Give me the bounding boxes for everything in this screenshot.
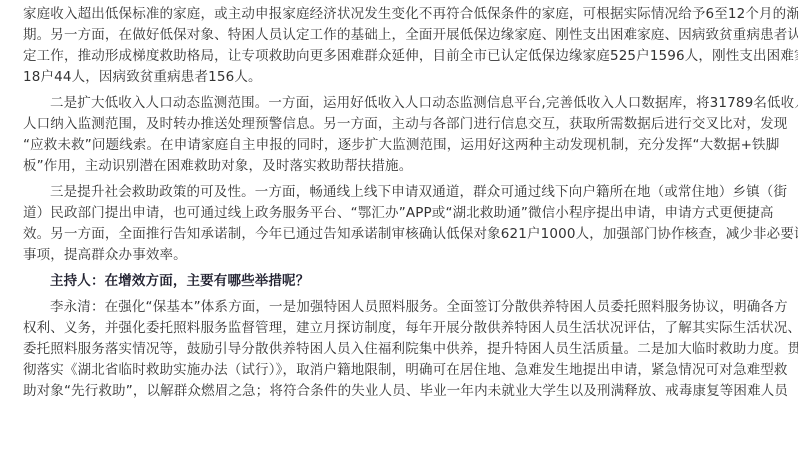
text-line: “应救未救”问题线索。在申请家庭自主申报的同时，逐步扩大监测范围，运用好这两种主…	[23, 135, 783, 156]
text-line: 李永清：在强化“保基本”体系方面，一是加强特困人员照料服务。全面签订分散供养特困…	[23, 297, 783, 318]
text-line: 助对象“先行救助”，以解群众燃眉之急；将符合条件的失业人员、毕业一年内未就业大学…	[23, 381, 783, 402]
host-question: 主持人：在增效方面，主要有哪些举措呢？	[23, 271, 783, 292]
paragraph-answer: 李永清：在强化“保基本”体系方面，一是加强特困人员照料服务。全面签订分散供养特困…	[23, 297, 783, 402]
paragraph-dynamic-monitoring: 二是扩大低收入人口动态监测范围。一方面，运用好低收入人口动态监测信息平台,完善低…	[23, 93, 783, 177]
text-line: 效。另一方面，全面推行告知承诺制，今年已通过告知承诺制审核确认低保对象621户1…	[23, 224, 783, 245]
text-line: 期。另一方面，在做好低保对象、特困人员认定工作的基础上，全面开展低保边缘家庭、刚…	[23, 25, 783, 46]
text-line: 家庭收入超出低保标准的家庭，或主动申报家庭经济状况发生变化不再符合低保条件的家庭…	[23, 4, 783, 25]
text-line: 道）民政部门提出申请，也可通过线上政务服务平台、“鄂汇办”APP或“湖北救助通”…	[23, 203, 783, 224]
text-line: 板”作用，主动识别潜在困难救助对象，及时落实救助帮扶措施。	[23, 156, 783, 177]
text-line: 定工作，推动形成梯度救助格局，让专项救助向更多困难群众延伸，目前全市已认定低保边…	[23, 46, 783, 67]
paragraph-accessibility: 三是提升社会救助政策的可及性。一方面，畅通线上线下申请双通道，群众可通过线下向户…	[23, 182, 783, 266]
text-line: 事项，提高群众办事效率。	[23, 245, 783, 266]
text-line: 三是提升社会救助政策的可及性。一方面，畅通线上线下申请双通道，群众可通过线下向户…	[23, 182, 783, 203]
article-body: 家庭收入超出低保标准的家庭，或主动申报家庭经济状况发生变化不再符合低保条件的家庭…	[23, 0, 783, 402]
text-line: 二是扩大低收入人口动态监测范围。一方面，运用好低收入人口动态监测信息平台,完善低…	[23, 93, 783, 114]
text-line: 18户44人，因病致贫重病患者156人。	[23, 67, 783, 88]
text-line: 彻落实《湖北省临时救助实施办法（试行）》，取消户籍地限制，明确可在居住地、急难发…	[23, 360, 783, 381]
paragraph-family-income: 家庭收入超出低保标准的家庭，或主动申报家庭经济状况发生变化不再符合低保条件的家庭…	[23, 4, 783, 88]
text-line: 人口纳入监测范围，及时转办推送处理预警信息。另一方面，主动与各部门进行信息交互，…	[23, 114, 783, 135]
text-line: 权利、义务，并强化委托照料服务监督管理，建立月探访制度，每年开展分散供养特困人员…	[23, 318, 783, 339]
text-line: 委托照料服务落实情况等，鼓励引导分散供养特困人员入住福利院集中供养，提升特困人员…	[23, 339, 783, 360]
question-text: 主持人：在增效方面，主要有哪些举措呢？	[23, 271, 783, 292]
